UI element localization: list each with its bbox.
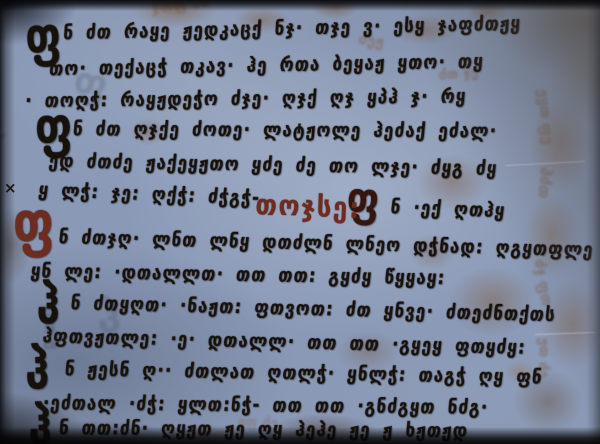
manuscript-photo: ჯთფ ჰძ ძეჟ ჟყთ ფე ჰძთ ძჯ ფთ ჟთ ძე ფჰ ჯძთ… [0,0,600,444]
page-edge-shadow [0,0,600,444]
